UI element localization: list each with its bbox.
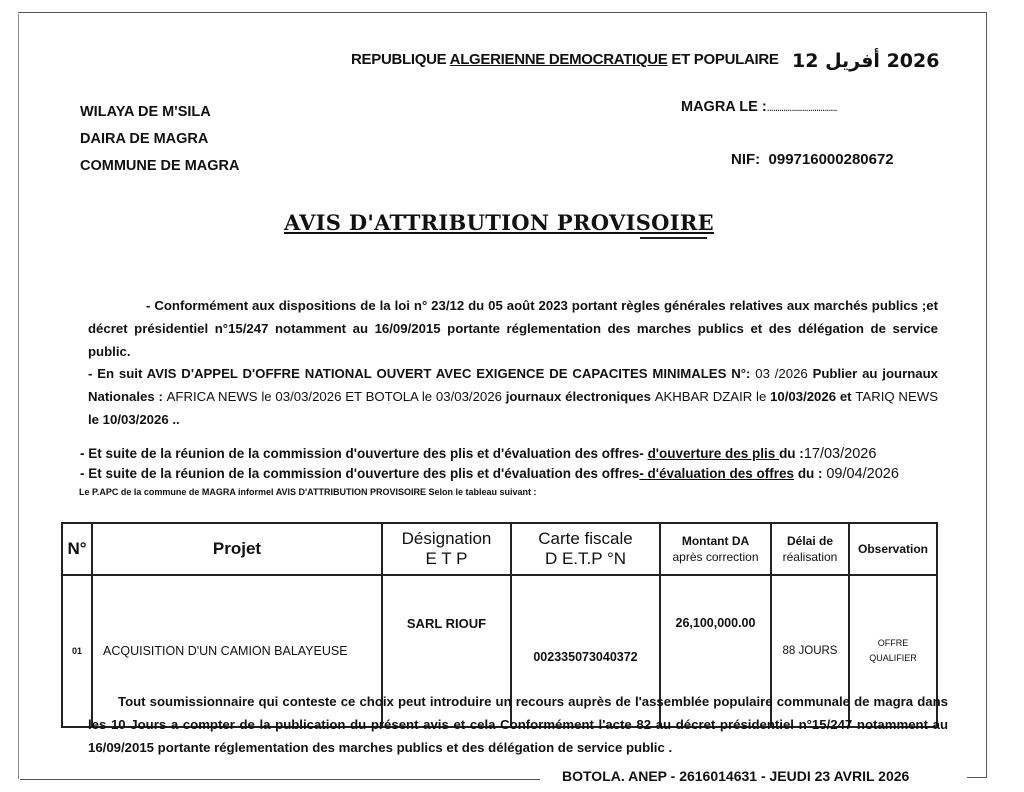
header-montant: Montant DA après correction [660, 523, 771, 575]
header-designation: Désignation E T P [382, 523, 511, 575]
frame-border-top [18, 12, 986, 13]
opening-meeting-suffix: du : [779, 446, 804, 461]
header-carte-line2: D E.T.P °N [512, 549, 659, 569]
nif-label: NIF: [731, 151, 760, 168]
header-montant-line1: Montant DA [661, 533, 770, 549]
arabic-date-stamp: 2026 أفريل 12 [792, 50, 939, 72]
wilaya-line: WILAYA DE M'SILA [80, 99, 240, 126]
opening-meeting-text: - Et suite de la réunion de la commissio… [80, 446, 648, 461]
commune-line: COMMUNE DE MAGRA [80, 153, 240, 180]
republique-prefix: REPUBLIQUE [351, 51, 450, 68]
tender-notice-paragraph: - En suit AVIS D'APPEL D'OFFRE NATIONAL … [88, 362, 938, 431]
evaluation-meeting-line: - Et suite de la réunion de la commissio… [80, 464, 899, 484]
observation-line2: QUALIFIER [850, 651, 936, 666]
opening-meeting-date: 17/03/2026 [804, 446, 877, 462]
tender-text-a: - En suit AVIS D'APPEL D'OFFRE NATIONAL … [88, 366, 755, 381]
tender-text-e: le 10/03/2026 .. [88, 412, 180, 427]
tender-e-newspaper-1: AKHBAR DZAIR le [655, 389, 770, 404]
opening-meeting-line: - Et suite de la réunion de la commissio… [80, 444, 899, 464]
header-delai: Délai de réalisation [771, 523, 849, 575]
header-carte-line1: Carte fiscale [512, 529, 659, 549]
header-projet: Projet [92, 523, 382, 575]
place-date-label: MAGRA LE : [681, 99, 767, 115]
frame-border-right [986, 12, 987, 778]
legal-basis-text: - Conformément aux dispositions de la lo… [88, 298, 938, 359]
header-observation: Observation [849, 523, 937, 575]
tender-number: 03 /2026 [755, 366, 812, 381]
appeal-paragraph: Tout soumissionnaire qui conteste ce cho… [88, 690, 948, 759]
header-delai-line2: réalisation [772, 549, 848, 565]
tender-text-c: journaux électroniques [506, 389, 655, 404]
evaluation-meeting-underlined: - d'évaluation des offres [639, 466, 794, 481]
place-date-value: .................................. [767, 102, 837, 114]
legal-basis-paragraph: - Conformément aux dispositions de la lo… [88, 294, 938, 363]
document-title: AVIS D'ATTRIBUTION PROVISOIRE [284, 210, 714, 235]
tender-text-d: 10/03/2026 et [770, 389, 855, 404]
republique-heading: REPUBLIQUE ALGERIENNE DEMOCRATIQUE ET PO… [351, 51, 779, 68]
place-date-line: MAGRA LE :..............................… [681, 99, 837, 115]
evaluation-meeting-date: 09/04/2026 [826, 466, 899, 482]
table-intro-text: Le P.APC de la commune de MAGRA informel… [79, 487, 537, 497]
header-designation-line2: E T P [383, 549, 510, 569]
evaluation-meeting-suffix: du : [794, 466, 826, 481]
title-underline [640, 237, 707, 239]
commission-meetings: - Et suite de la réunion de la commissio… [80, 444, 899, 484]
frame-border-bottom [20, 779, 540, 780]
daira-line: DAIRA DE MAGRA [80, 126, 240, 153]
nif-value: 099716000280672 [769, 151, 894, 168]
appeal-text: Tout soumissionnaire qui conteste ce cho… [88, 694, 948, 755]
header-no: N° [62, 523, 92, 575]
tender-newspapers: AFRICA NEWS le 03/03/2026 ET BOTOLA le 0… [167, 389, 506, 404]
issuer-block: WILAYA DE M'SILA DAIRA DE MAGRA COMMUNE … [80, 99, 240, 180]
republique-suffix: ET POPULAIRE [668, 51, 779, 68]
frame-border-bottom-right [967, 777, 987, 778]
opening-meeting-underlined: d'ouverture des plis [648, 446, 780, 461]
publication-footer: BOTOLA. ANEP - 2616014631 - JEUDI 23 AVR… [562, 768, 909, 784]
evaluation-meeting-text: - Et suite de la réunion de la commissio… [80, 466, 639, 481]
tender-e-newspaper-2: TARIQ NEWS [855, 389, 938, 404]
table-header-row: N° Projet Désignation E T P Carte fiscal… [62, 523, 937, 575]
header-delai-line1: Délai de [772, 533, 848, 549]
frame-border-left [18, 14, 19, 779]
header-montant-line2: après correction [661, 549, 770, 565]
header-carte-fiscale: Carte fiscale D E.T.P °N [511, 523, 660, 575]
header-designation-line1: Désignation [383, 529, 510, 549]
nif-line: NIF: 099716000280672 [731, 151, 894, 168]
observation-line1: OFFRE [850, 636, 936, 651]
republique-underlined: ALGERIENNE DEMOCRATIQUE [450, 51, 668, 68]
